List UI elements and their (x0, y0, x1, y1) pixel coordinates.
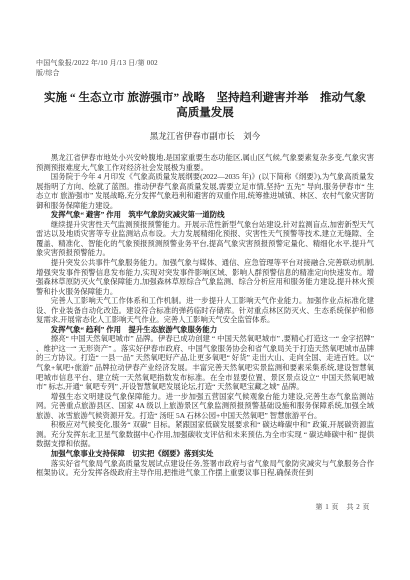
section-heading: 发挥气象“ 避害” 作用 筑牢气象防灾减灾第一道防线 (36, 210, 374, 220)
publication-info-line2: 版/综合 (36, 68, 374, 78)
article-paragraph: 黑龙江省伊春市地处小兴安岭腹地,是国家重要生态功能区,属山区气候,气象要素复杂多… (36, 153, 374, 172)
article-paragraph: 完善人工影响天气工作体系和工作机制。进一步提升人工影响天气作业能力。加强作业点标… (36, 296, 374, 325)
article-title: 实施 “ 生态立市 旅游强市” 战略 坚持趋利避害并举 推动气象高质量发展 (42, 91, 368, 121)
article-paragraph: 国务院于今年 4 月印发《气象高质量发展纲要(2022—2035 年)》(以下简… (36, 172, 374, 210)
publication-info-line1: 中国气象报/2022 年/10 月/13 日/第 002 (36, 58, 374, 68)
section-heading: 加强气象事业支持保障 切实把《纲要》落到实处 (36, 449, 374, 459)
article-paragraph: 落实好省气象局气象高质量发展试点建设任务,签署市政府与省气象局气象防灾减灾与气象… (36, 459, 374, 478)
section-heading: 发挥气象“ 趋利” 作用 提升生态旅游气象服务能力 (36, 325, 374, 335)
document-page: 中国气象报/2022 年/10 月/13 日/第 002 版/综合 实施 “ 生… (0, 0, 410, 580)
article-paragraph: 积极应对气候变化,服务“ 双碳” 目标。紧跟国家低碳发展要求和“ 碳达峰碳中和”… (36, 420, 374, 449)
article-paragraph: 提升突发公共事件气象服务能力。加强气象与媒体、通信、应急管理等平台对接融合,完善… (36, 258, 374, 296)
article-paragraph: 增强生态文明建设气象保障能力。进一步加强五营国家气候观象台能力建设,完善生态气象… (36, 392, 374, 421)
article-byline: 黑龙江省伊春市副市长 刘今 (36, 130, 374, 142)
article-paragraph: 继续提升灾害性天气监测预报预警能力。开展示范性新型气象台站建设,针对监测盲点,加… (36, 220, 374, 258)
page-number-indicator: 第 1 页 共 2 页 (316, 502, 371, 512)
article-body: 黑龙江省伊春市地处小兴安岭腹地,是国家重要生态功能区,属山区气候,气象要素复杂多… (36, 153, 374, 478)
article-paragraph: 擦亮“ 中国天然氧吧城市” 品牌。伊春已成功创建 “ 中国天然氧吧城市” ,要精… (36, 334, 374, 391)
